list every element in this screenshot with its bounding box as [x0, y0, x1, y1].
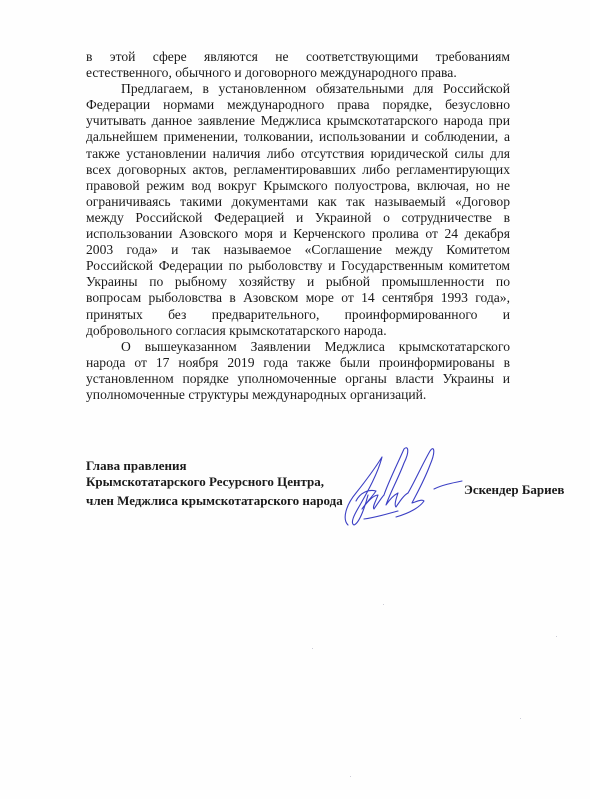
document-body: в этой сфере являются не соответствующим… [86, 49, 510, 403]
signatory-position-line-2: Крымскотатарского Ресурсного Центра, [86, 474, 343, 490]
scan-speck [350, 776, 351, 777]
signatory-title-block: Глава правления Крымскотатарского Ресурс… [86, 458, 343, 509]
document-page: в этой сфере являются не соответствующим… [0, 0, 590, 799]
scan-speck [556, 636, 557, 637]
handwritten-signature-icon [338, 443, 478, 533]
paragraph-2: Предлагаем, в установленном обязательным… [86, 81, 510, 339]
signatory-position-line-3: член Меджлиса крымскотатарского народа [86, 493, 343, 509]
signatory-position-line-1: Глава правления [86, 458, 343, 474]
paragraph-1: в этой сфере являются не соответствующим… [86, 49, 510, 81]
paragraph-3: О вышеуказанном Заявлении Меджлиса крымс… [86, 339, 510, 403]
scan-speck [383, 604, 384, 605]
signer-name: Эскендер Бариев [464, 482, 564, 498]
scan-speck [312, 648, 313, 649]
scan-speck [520, 718, 521, 719]
